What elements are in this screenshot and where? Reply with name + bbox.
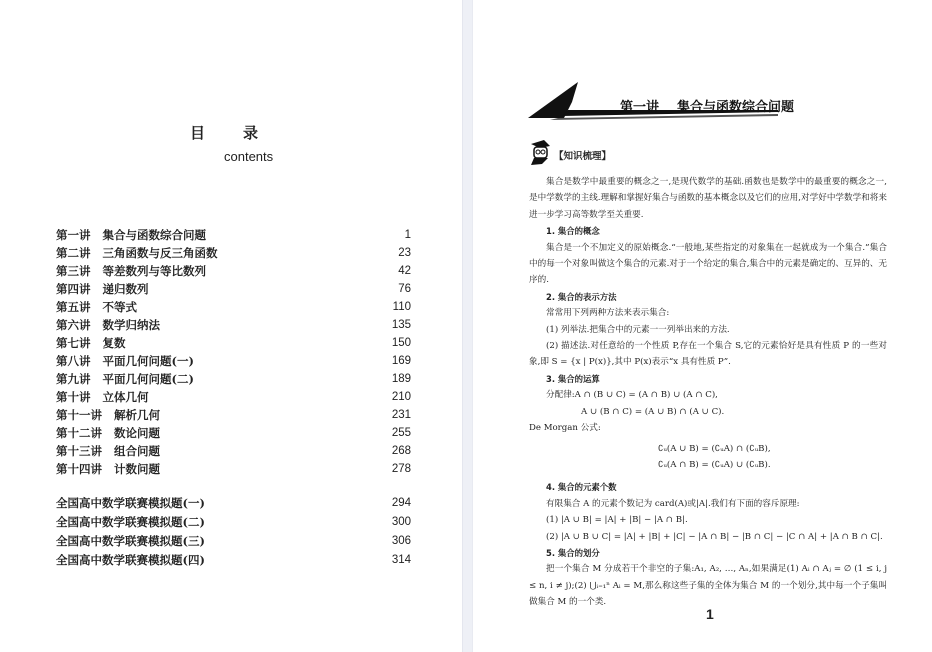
chapter-title: 递归数列 [103,280,149,298]
chapter-number: 第三讲 [56,262,91,280]
paragraph: 集合是一个不加定义的原始概念.“一般地,某些指定的对象集在一起就成为一个集合.”… [529,240,887,289]
formula-line: (1) |A ∪ B| = |A| + |B| − |A ∩ B|. [529,512,887,528]
section-heading: 2. 集合的表示方法 [529,289,887,305]
chapter-number: 第一讲 [56,226,91,244]
chapter-number: 第九讲 [56,370,91,388]
section-heading: 3. 集合的运算 [529,371,887,387]
section-heading: 1. 集合的概念 [529,223,887,239]
chapter-number: 第五讲 [56,298,91,316]
exam-title: 全国高中数学联赛模拟题(三) [56,532,205,551]
exam-page: 314 [392,551,411,570]
chapter-page: 278 [392,460,411,478]
formula-line: ∁ᵤ(A ∪ B) = (∁ᵤA) ∩ (∁ᵤB), [529,441,887,457]
toc-entry[interactable]: 第三讲等差数列与等比数列42 [56,262,411,280]
toc-entry[interactable]: 第十讲立体几何210 [56,388,411,406]
chapter-title: 计数问题 [114,460,160,478]
chapter-number: 第十三讲 [56,442,102,460]
chapter-page: 231 [392,406,411,424]
chapter-title: 集合与函数综合问题 [103,226,207,244]
chapter-page: 76 [398,280,411,298]
exam-title: 全国高中数学联赛模拟题(四) [56,551,205,570]
chapter-page: 135 [392,316,411,334]
toc-title-char-1: 目 [190,122,205,143]
chapter-page: 23 [398,244,411,262]
paragraph: De Morgan 公式: [529,420,887,436]
chapter-number: 第十一讲 [56,406,102,424]
section-heading: 5. 集合的划分 [529,545,887,561]
chapter-number: 第二讲 [56,244,91,262]
chapter-title: 立体几何 [103,388,149,406]
paragraph: 把一个集合 M 分成若干个非空的子集:A₁, A₂, …, Aₙ,如果满足(1)… [529,561,887,610]
chapter-number: 第十二讲 [56,424,102,442]
formula-line: ∁ᵤ(A ∩ B) = (∁ᵤA) ∪ (∁ᵤB). [529,457,887,473]
chapter-title: 第一讲集合与函数综合问题 [620,96,794,115]
chapter-number: 第四讲 [56,280,91,298]
toc-entry[interactable]: 第十三讲组合问题268 [56,442,411,460]
exam-page: 294 [392,494,411,513]
student-mascot-icon [528,138,554,166]
toc-entry[interactable]: 全国高中数学联赛模拟题(一)294 [56,494,411,513]
formula-line: A ∪ (B ∩ C) = (A ∪ B) ∩ (A ∪ C). [529,404,887,420]
chapter-title: 平面几何问题(二) [103,370,194,388]
chapter-title-text: 集合与函数综合问题 [677,100,794,115]
toc-entry[interactable]: 第十四讲计数问题278 [56,460,411,478]
chapter-title: 等差数列与等比数列 [103,262,207,280]
toc-entry[interactable]: 全国高中数学联赛模拟题(四)314 [56,551,411,570]
chapter-title: 不等式 [103,298,138,316]
toc-title: 目录 [190,122,258,143]
toc-entry[interactable]: 第九讲平面几何问题(二)189 [56,370,411,388]
exam-page: 300 [392,513,411,532]
toc-entry[interactable]: 第一讲集合与函数综合问题1 [56,226,411,244]
chapter-body: 集合是数学中最重要的概念之一,是现代数学的基础.函数也是数学中的最重要的概念之一… [529,174,887,611]
toc-chapter-list: 第一讲集合与函数综合问题1 第二讲三角函数与反三角函数23 第三讲等差数列与等比… [56,226,411,478]
chapter-page: 210 [392,388,411,406]
chapter-number: 第七讲 [56,334,91,352]
chapter-title: 组合问题 [114,442,160,460]
formula-line: (2) |A ∪ B ∪ C| = |A| + |B| + |C| − |A ∩… [529,529,887,545]
toc-entry[interactable]: 第二讲三角函数与反三角函数23 [56,244,411,262]
chapter-number: 第十四讲 [56,460,102,478]
chapter-number: 第六讲 [56,316,91,334]
chapter-title: 数学归纳法 [103,316,161,334]
formula-line: 分配律:A ∩ (B ∪ C) = (A ∩ B) ∪ (A ∩ C), [529,387,887,403]
exam-title: 全国高中数学联赛模拟题(二) [56,513,205,532]
exam-page: 306 [392,532,411,551]
chapter-title: 平面几何问题(一) [103,352,194,370]
exam-title: 全国高中数学联赛模拟题(一) [56,494,205,513]
chapter-number: 第八讲 [56,352,91,370]
toc-subtitle: contents [224,149,273,164]
toc-entry[interactable]: 第四讲递归数列76 [56,280,411,298]
toc-entry[interactable]: 第十二讲数论问题255 [56,424,411,442]
toc-entry[interactable]: 第十一讲解析几何231 [56,406,411,424]
toc-entry[interactable]: 第七讲复数150 [56,334,411,352]
chapter-title: 复数 [103,334,126,352]
intro-paragraph: 集合是数学中最重要的概念之一,是现代数学的基础.函数也是数学中的最重要的概念之一… [529,174,887,223]
chapter-title: 解析几何 [114,406,160,424]
chapter-page: 42 [398,262,411,280]
toc-entry[interactable]: 第五讲不等式110 [56,298,411,316]
page-number: 1 [706,606,714,622]
paragraph: 常常用下列两种方法来表示集合: [529,305,887,321]
chapter-title: 三角函数与反三角函数 [103,244,218,262]
toc-entry[interactable]: 第八讲平面几何问题(一)169 [56,352,411,370]
chapter-page: 110 [393,298,411,316]
toc-entry[interactable]: 全国高中数学联赛模拟题(三)306 [56,532,411,551]
chapter-page: 1 [405,226,411,244]
chapter-page: 268 [392,442,411,460]
chapter-banner: 第一讲集合与函数综合问题 [528,80,778,122]
left-page-toc: 目录 contents 第一讲集合与函数综合问题1 第二讲三角函数与反三角函数2… [0,0,462,652]
toc-entry[interactable]: 全国高中数学联赛模拟题(二)300 [56,513,411,532]
toc-entry[interactable]: 第六讲数学归纳法135 [56,316,411,334]
chapter-page: 189 [392,370,411,388]
paragraph: (1) 列举法.把集合中的元素一一列举出来的方法. [529,322,887,338]
toc-mock-exam-list: 全国高中数学联赛模拟题(一)294 全国高中数学联赛模拟题(二)300 全国高中… [56,494,411,570]
chapter-page: 255 [392,424,411,442]
section-heading: 4. 集合的元素个数 [529,479,887,495]
section-label: 【知识梳理】 [554,148,611,162]
chapter-lecture-number: 第一讲 [620,100,659,115]
page-gutter [462,0,473,652]
chapter-page: 150 [392,334,411,352]
chapter-number: 第十讲 [56,388,91,406]
paragraph: 有限集合 A 的元素个数记为 card(A)或|A|.我们有下面的容斥原理: [529,496,887,512]
paragraph: (2) 描述法.对任意给的一个性质 P,存在一个集合 S,它的元素恰好是具有性质… [529,338,887,371]
chapter-title: 数论问题 [114,424,160,442]
chapter-page: 169 [392,352,411,370]
right-page-chapter-1: 第一讲集合与函数综合问题 【知识梳理】 集合是数学中最重要的概念之一,是现代数学… [473,0,932,652]
toc-title-char-2: 录 [243,122,258,143]
